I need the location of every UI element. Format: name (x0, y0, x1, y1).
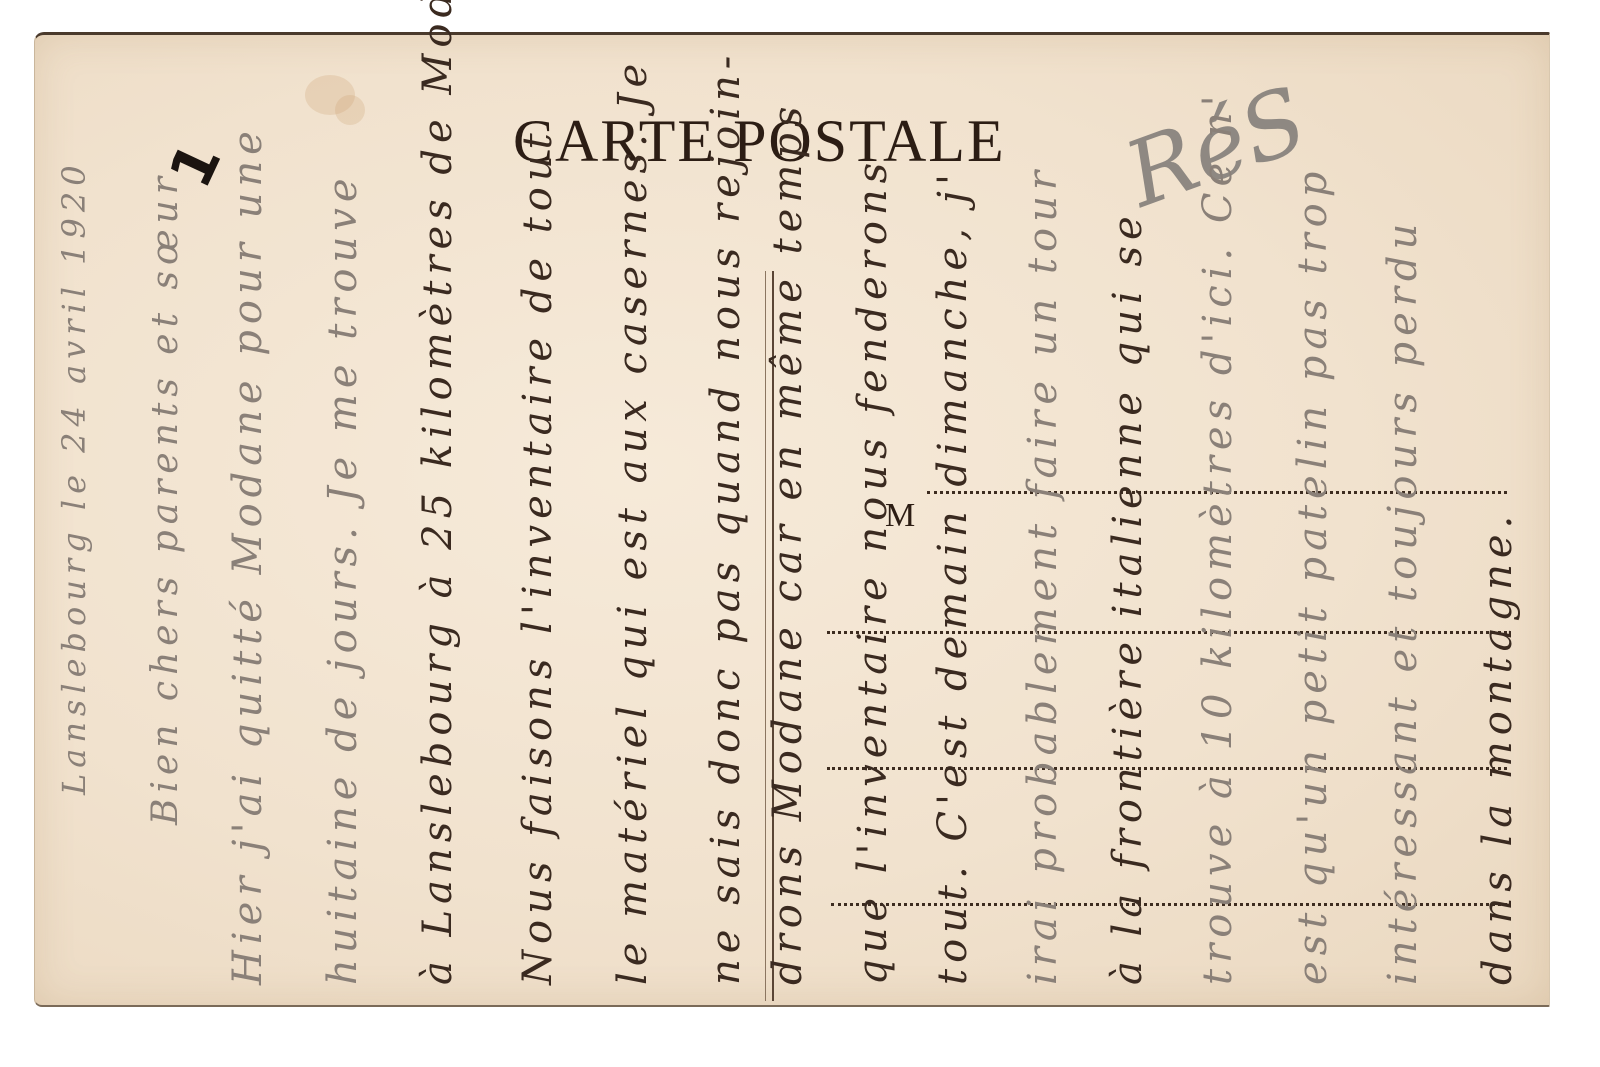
handwritten-line: dans la montagne. (1475, 510, 1521, 985)
handwritten-line: drons Modane car en même temps (765, 101, 811, 985)
handwritten-line: huitaine de jours. Je me trouve (320, 172, 366, 985)
handwritten-line: à la frontière italienne qui se (1105, 210, 1151, 985)
handwritten-line: Lanslebourg le 24 avril 1920 (55, 159, 93, 795)
paper-stain (335, 95, 365, 125)
handwritten-line: irai probablement faire un tour (1020, 165, 1066, 985)
handwritten-line: tout. C'est demain dimanche, j' (930, 168, 976, 985)
postcard-title: CARTE POSTALE (513, 107, 1006, 176)
handwritten-line: est qu'un petit patelin pas trop (1290, 166, 1336, 985)
handwritten-line: Hier j'ai quitté Modane pour une (225, 125, 271, 985)
handwritten-line: Bien chers parents et sœur (145, 171, 186, 825)
postcard-back: CARTE POSTALE 1 RéS M Lanslebourg le 24 … (34, 32, 1550, 1007)
handwritten-line: trouve à 10 kilomètres d'ici. Ce n' (1195, 89, 1241, 985)
handwritten-line: Nous faisons l'inventaire de tout (515, 127, 561, 985)
handwritten-line: à Lanslebourg à 25 kilomètres de Modane (415, 0, 461, 985)
handwritten-line: le matériel qui est aux casernes. Je (610, 58, 656, 985)
handwritten-line: ne sais donc pas quand nous rejoin- (703, 50, 749, 985)
handwritten-line: que l'inventaire nous fenderons (850, 157, 896, 985)
handwritten-line: intéressant et toujours perdu (1380, 218, 1426, 985)
